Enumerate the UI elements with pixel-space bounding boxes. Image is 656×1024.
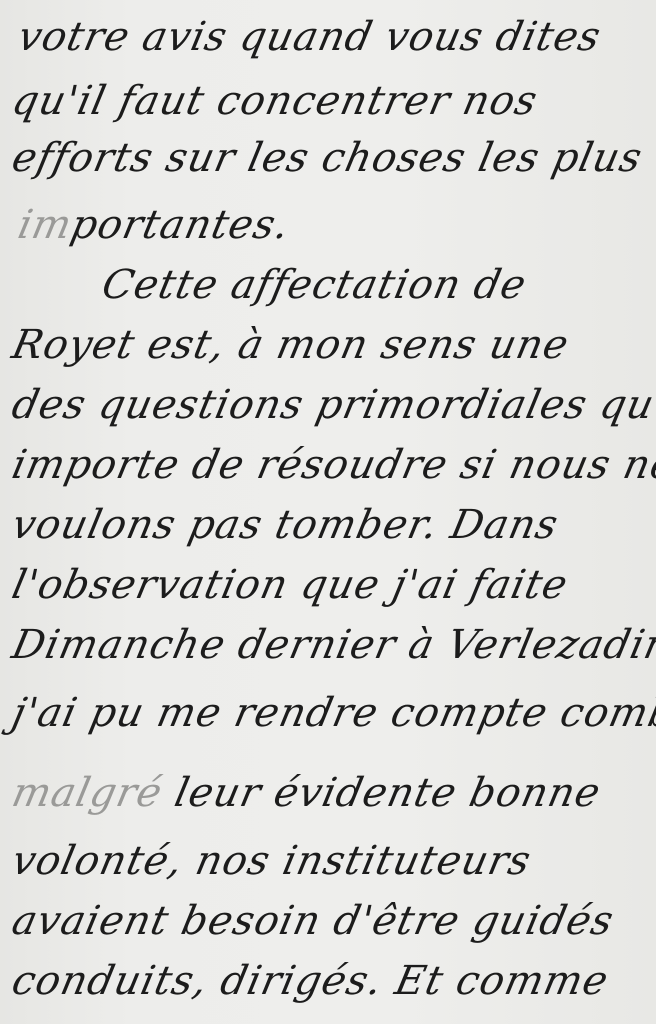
- handwritten-line: volonté, nos instituteurs: [8, 838, 535, 884]
- line-text: portantes.: [67, 202, 294, 248]
- handwritten-line: importantes.: [14, 202, 294, 248]
- handwritten-line: l'observation que j'ai faite: [8, 562, 572, 608]
- handwritten-line: voulons pas tomber. Dans: [8, 502, 563, 548]
- handwritten-line: importe de résoudre si nous ne: [8, 442, 656, 488]
- handwritten-line: Cette affectation de: [98, 262, 531, 308]
- handwritten-line: malgré leur évidente bonne: [8, 770, 605, 816]
- handwritten-line: j'ai pu me rendre compte combien: [8, 690, 656, 736]
- letter-page: votre avis quand vous ditesqu'il faut co…: [0, 0, 656, 1024]
- handwritten-line: Royet est, à mon sens une: [8, 322, 573, 368]
- handwritten-line: Dimanche dernier à Verlezadin: [8, 622, 656, 668]
- faint-text: malgré: [8, 770, 167, 816]
- handwritten-line: votre avis quand vous dites: [14, 14, 605, 60]
- handwritten-line: avaient besoin d'être guidés: [8, 898, 618, 944]
- handwritten-line: des questions primordiales qu'il: [8, 382, 656, 428]
- handwritten-line: conduits, dirigés. Et comme: [8, 958, 613, 1004]
- handwritten-line: qu'il faut concentrer nos: [8, 78, 542, 124]
- handwritten-line: efforts sur les choses les plus: [8, 135, 646, 181]
- line-text: leur évidente bonne: [157, 770, 605, 816]
